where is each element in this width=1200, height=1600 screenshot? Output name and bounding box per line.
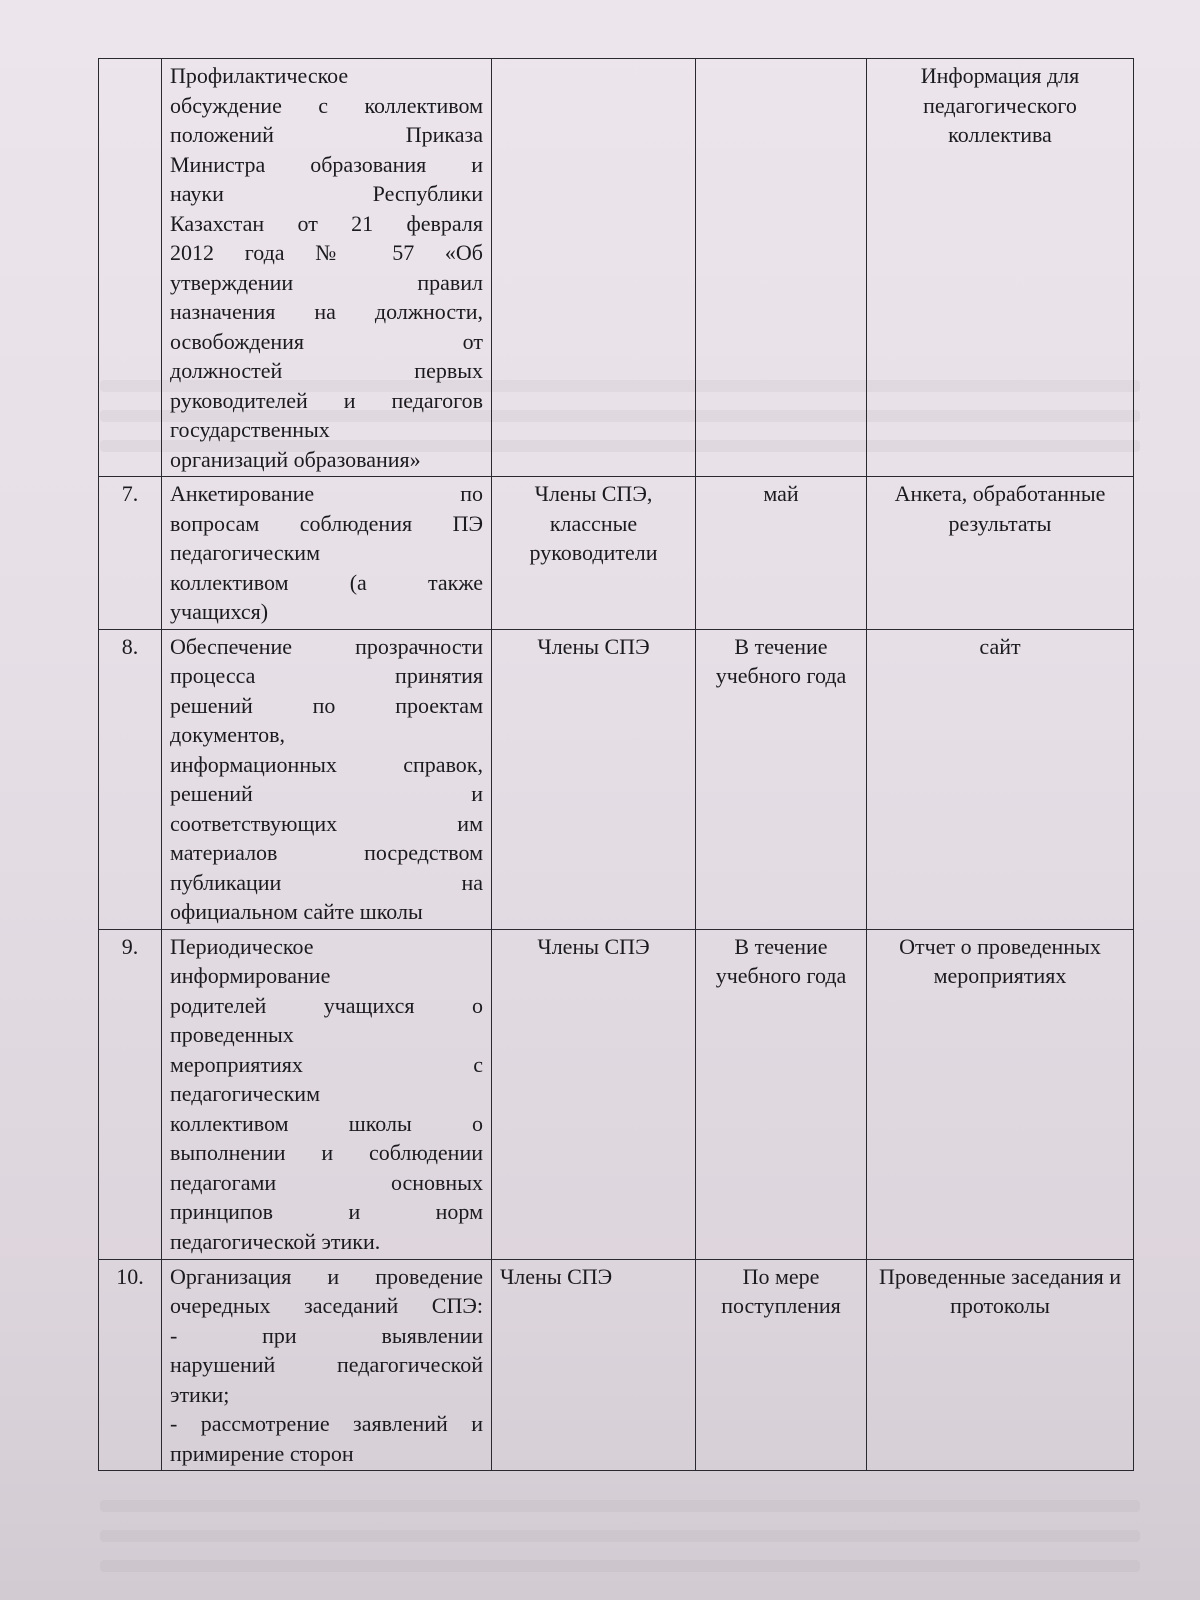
deadline: В течение учебного года — [696, 629, 867, 929]
row-number — [99, 59, 162, 477]
description-line: Казахстан от 21 февраля — [170, 209, 483, 239]
description-line: педагогическим — [170, 538, 483, 568]
document-page: Профилактическоеобсуждение с коллективом… — [0, 0, 1200, 1600]
activity-description: Организация и проведениеочередных заседа… — [162, 1259, 492, 1471]
description-line: принципов и норм — [170, 1197, 483, 1227]
description-line: Организация и проведение — [170, 1262, 483, 1292]
row-number: 9. — [99, 929, 162, 1259]
activity-description: Профилактическоеобсуждение с коллективом… — [162, 59, 492, 477]
deadline: По мере поступления — [696, 1259, 867, 1471]
action-plan-table: Профилактическоеобсуждение с коллективом… — [98, 58, 1134, 1471]
description-line: Периодическое — [170, 932, 483, 962]
description-line: должностей первых — [170, 356, 483, 386]
table-row: 10.Организация и проведениеочередных зас… — [99, 1259, 1134, 1471]
activity-description: Анкетирование повопросам соблюдения ПЭпе… — [162, 477, 492, 630]
description-line: Анкетирование по — [170, 479, 483, 509]
description-line: назначения на должности, — [170, 297, 483, 327]
description-line: педагогами основных — [170, 1168, 483, 1198]
activity-description: Периодическоеинформированиеродителей уча… — [162, 929, 492, 1259]
responsible: Члены СПЭ, классные руководители — [492, 477, 696, 630]
activity-description: Обеспечение прозрачностипроцесса приняти… — [162, 629, 492, 929]
description-line: решений и — [170, 779, 483, 809]
description-line: утверждении правил — [170, 268, 483, 298]
description-line: официальном сайте школы — [170, 897, 483, 927]
table-body: Профилактическоеобсуждение с коллективом… — [99, 59, 1134, 1471]
description-line: Профилактическое — [170, 61, 483, 91]
expected-result: Анкета, обработанные результаты — [867, 477, 1134, 630]
description-line: этики; — [170, 1380, 483, 1410]
bleed-through-text — [100, 1560, 1140, 1572]
responsible: Члены СПЭ — [492, 629, 696, 929]
row-number: 8. — [99, 629, 162, 929]
responsible: Члены СПЭ — [492, 1259, 696, 1471]
description-line: публикации на — [170, 868, 483, 898]
responsible — [492, 59, 696, 477]
table-row: Профилактическоеобсуждение с коллективом… — [99, 59, 1134, 477]
description-line: решений по проектам — [170, 691, 483, 721]
description-line: учащихся) — [170, 597, 483, 627]
description-line: обсуждение с коллективом — [170, 91, 483, 121]
description-line: науки Республики — [170, 179, 483, 209]
description-line: соответствующих им — [170, 809, 483, 839]
description-line: очередных заседаний СПЭ: — [170, 1291, 483, 1321]
description-line: родителей учащихся о — [170, 991, 483, 1021]
bleed-through-text — [100, 1500, 1140, 1512]
description-line: примирение сторон — [170, 1439, 483, 1469]
row-number: 10. — [99, 1259, 162, 1471]
expected-result: сайт — [867, 629, 1134, 929]
expected-result: Проведенные заседания и протоколы — [867, 1259, 1134, 1471]
deadline: май — [696, 477, 867, 630]
description-line: 2012 года № 57 «Об — [170, 238, 483, 268]
deadline: В течение учебного года — [696, 929, 867, 1259]
description-line: выполнении и соблюдении — [170, 1138, 483, 1168]
description-line: Министра образования и — [170, 150, 483, 180]
expected-result: Отчет о проведенных мероприятиях — [867, 929, 1134, 1259]
description-line: процесса принятия — [170, 661, 483, 691]
table-row: 7.Анкетирование повопросам соблюдения ПЭ… — [99, 477, 1134, 630]
description-line: педагогическим — [170, 1079, 483, 1109]
description-line: информационных справок, — [170, 750, 483, 780]
description-line: педагогической этики. — [170, 1227, 483, 1257]
row-number: 7. — [99, 477, 162, 630]
description-line: организаций образования» — [170, 445, 483, 475]
description-line: вопросам соблюдения ПЭ — [170, 509, 483, 539]
responsible: Члены СПЭ — [492, 929, 696, 1259]
description-line: Обеспечение прозрачности — [170, 632, 483, 662]
description-line: коллективом школы о — [170, 1109, 483, 1139]
description-line: проведенных — [170, 1020, 483, 1050]
description-line: документов, — [170, 720, 483, 750]
description-line: - рассмотрение заявлений и — [170, 1409, 483, 1439]
description-line: информирование — [170, 961, 483, 991]
table-row: 9.Периодическоеинформированиеродителей у… — [99, 929, 1134, 1259]
table-row: 8.Обеспечение прозрачностипроцесса приня… — [99, 629, 1134, 929]
description-line: государственных — [170, 415, 483, 445]
description-line: материалов посредством — [170, 838, 483, 868]
deadline — [696, 59, 867, 477]
description-line: положений Приказа — [170, 120, 483, 150]
description-line: - при выявлении — [170, 1321, 483, 1351]
bleed-through-text — [100, 1530, 1140, 1542]
description-line: нарушений педагогической — [170, 1350, 483, 1380]
expected-result: Информация для педагогического коллектив… — [867, 59, 1134, 477]
description-line: освобождения от — [170, 327, 483, 357]
description-line: коллективом (а также — [170, 568, 483, 598]
description-line: руководителей и педагогов — [170, 386, 483, 416]
description-line: мероприятиях с — [170, 1050, 483, 1080]
